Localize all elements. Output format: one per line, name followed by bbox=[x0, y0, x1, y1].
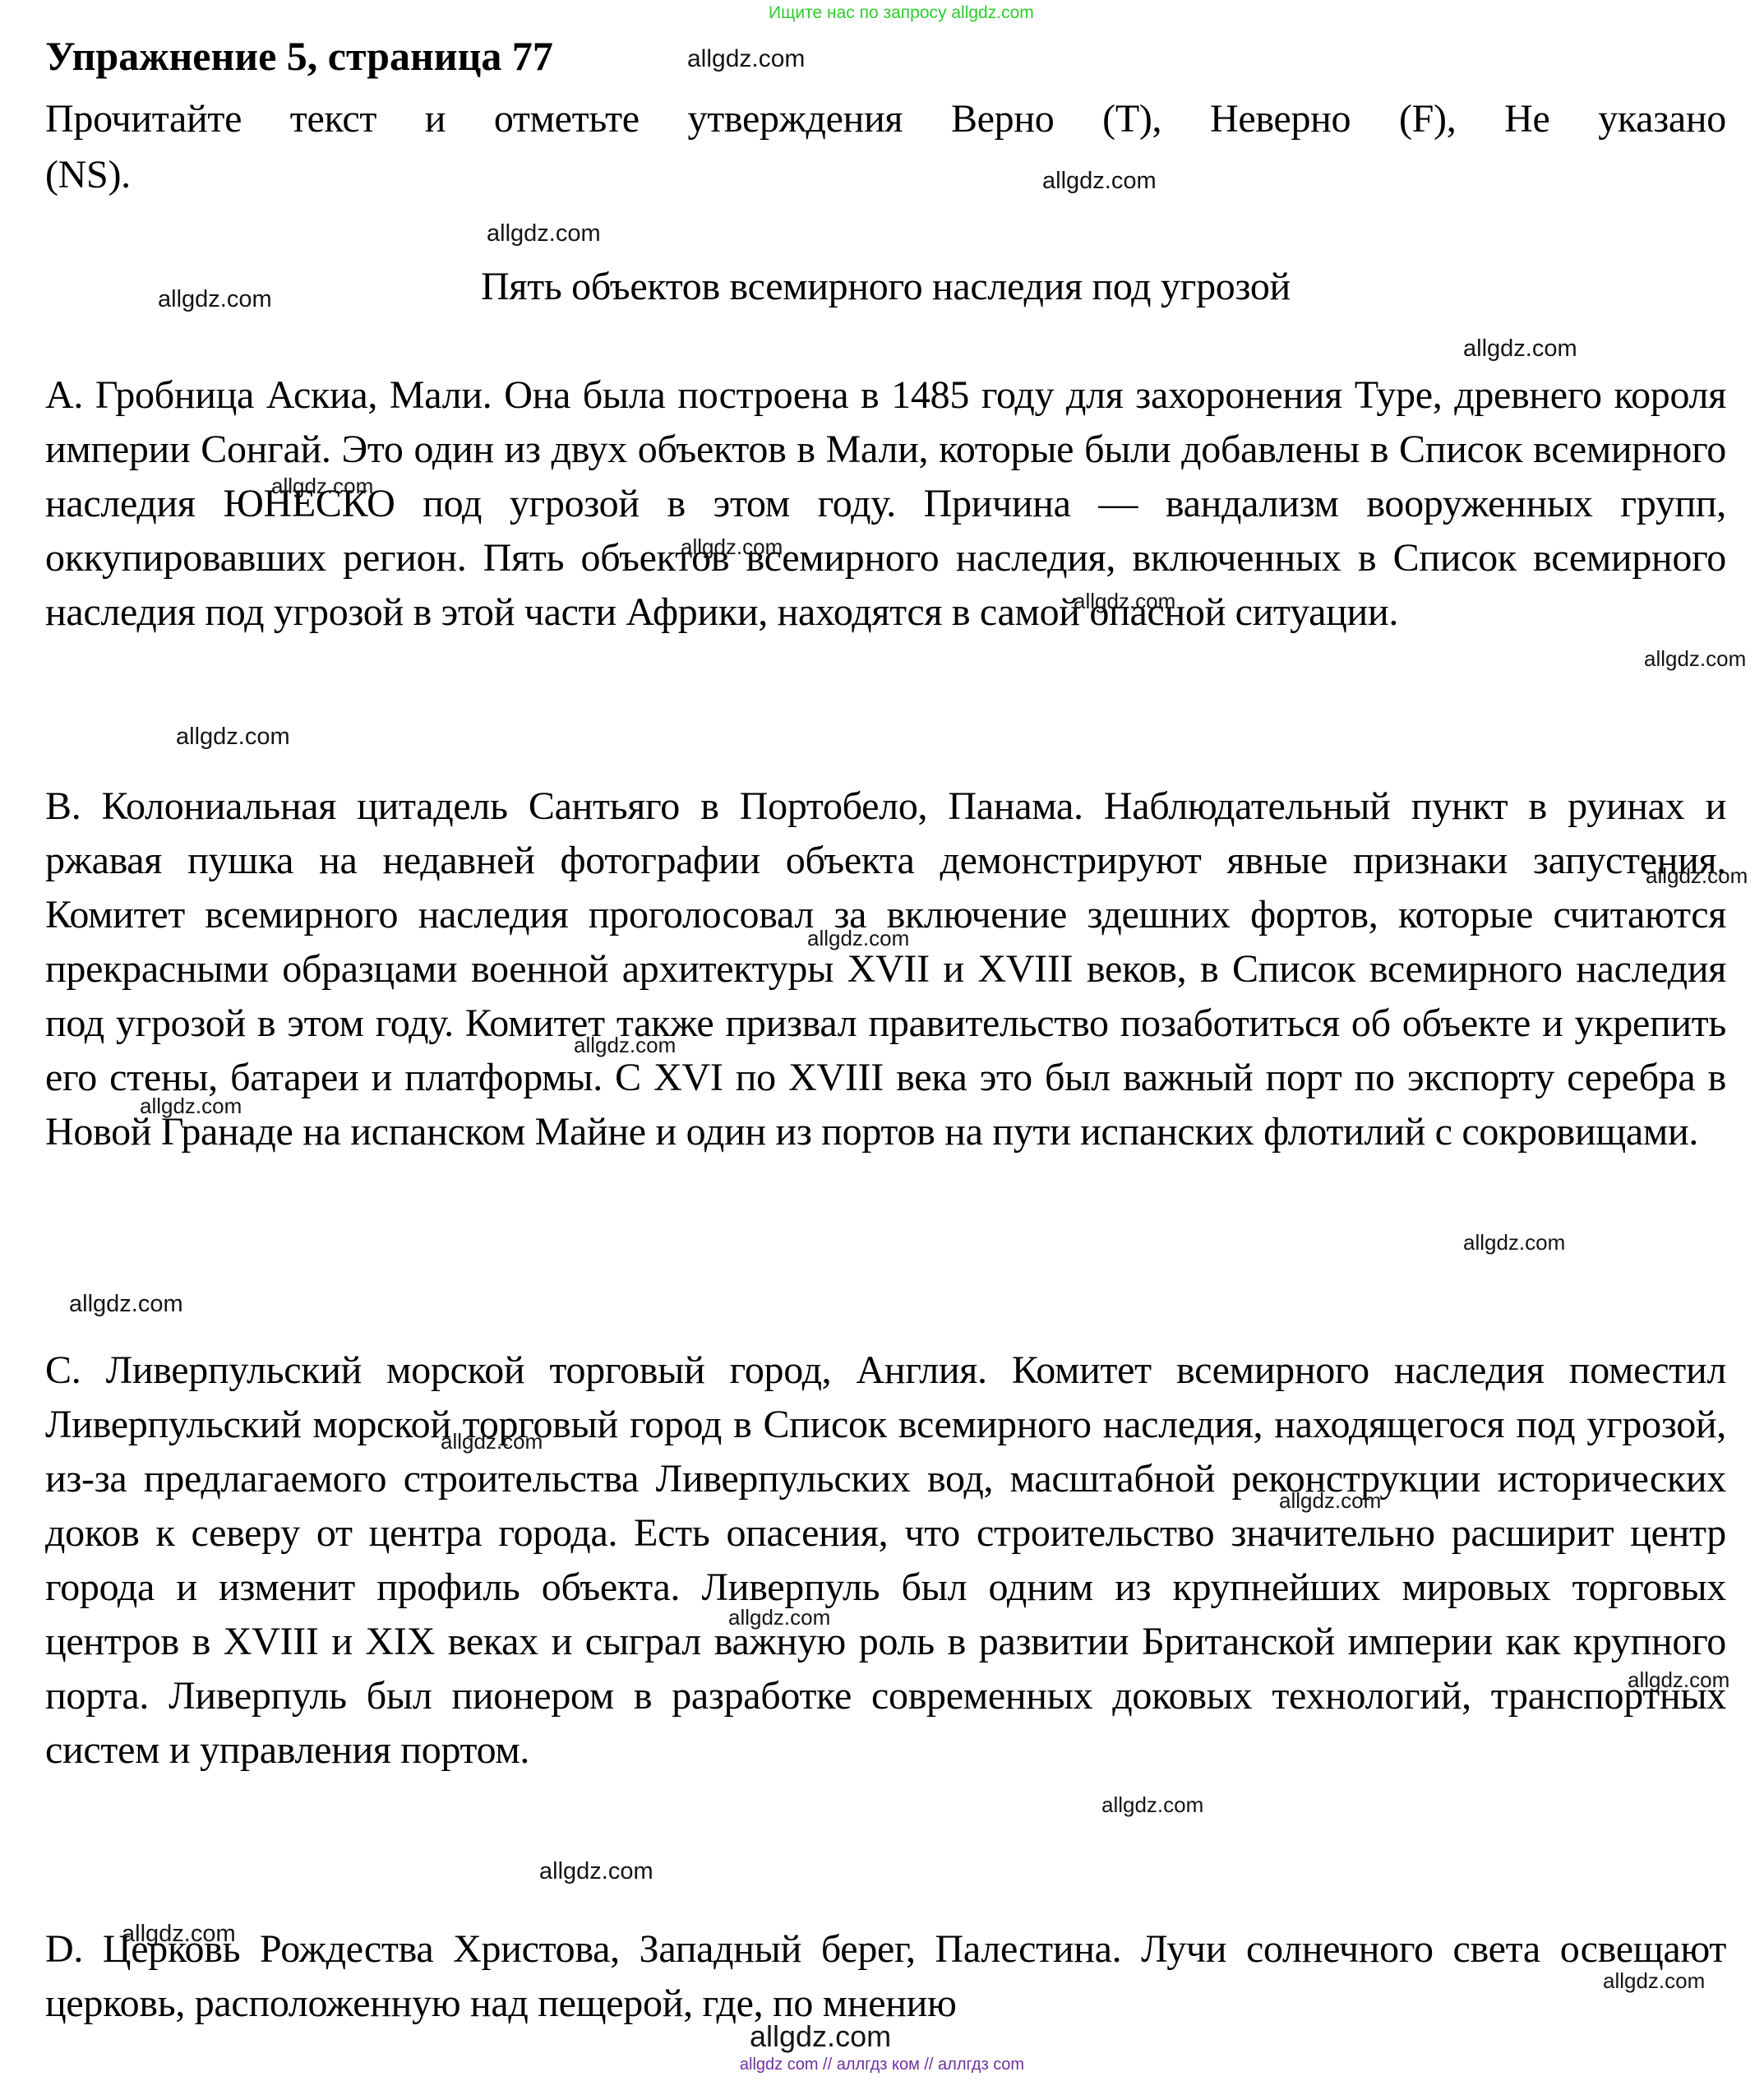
watermark: allgdz.com bbox=[1101, 1792, 1203, 1818]
watermark: allgdz.com bbox=[1463, 335, 1577, 363]
watermark: allgdz.com bbox=[539, 1858, 653, 1885]
watermark: allgdz.com bbox=[69, 1291, 183, 1318]
watermark: allgdz.com bbox=[176, 724, 290, 751]
article-title: Пять объектов всемирного наследия под уг… bbox=[45, 260, 1726, 314]
paragraph-a-tomb-of-askia: А. Гробница Аскиа, Мали. Она была постро… bbox=[45, 368, 1726, 640]
exercise-heading: Упражнение 5, страница 77 bbox=[45, 31, 553, 81]
document-page: Ищите нас по запросу allgdz.com Упражнен… bbox=[0, 0, 1764, 2081]
watermark: allgdz.com bbox=[487, 220, 601, 247]
task-instructions-line1: Прочитайте текст и отметьте утверждения … bbox=[45, 92, 1726, 146]
watermark: allgdz.com bbox=[1644, 646, 1746, 672]
task-instructions-line2: (NS). bbox=[45, 148, 131, 202]
watermark: allgdz.com bbox=[1042, 168, 1157, 195]
paragraph-c-liverpool: С. Ливерпульский морской торговый город,… bbox=[45, 1343, 1726, 1778]
watermark: allgdz.com bbox=[687, 45, 805, 73]
paragraph-d-church-of-nativity: D. Церковь Рождества Христова, Западный … bbox=[45, 1922, 1726, 2031]
watermark: allgdz.com bbox=[1463, 1230, 1565, 1256]
footer-watermark-line: allgdz com // аллгдз ком // аллгдз com bbox=[0, 2056, 1764, 2074]
promo-banner-text: Ищите нас по запросу allgdz.com bbox=[769, 3, 1034, 23]
paragraph-b-portobelo-citadel: В. Колониальная цитадель Сантьяго в Порт… bbox=[45, 779, 1726, 1159]
